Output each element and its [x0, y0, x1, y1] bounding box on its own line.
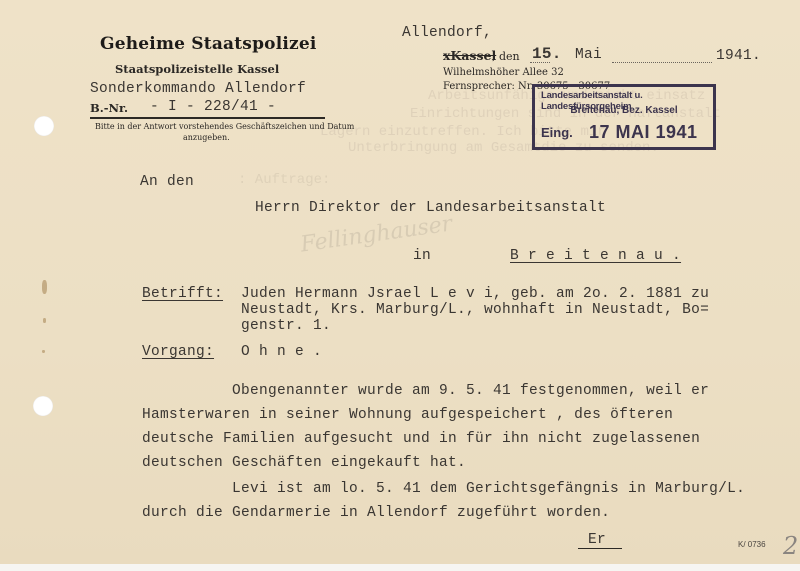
recipient-place: B r e i t e n a u . — [510, 248, 681, 264]
letterhead-rule — [90, 117, 325, 119]
page-number-mark: 2 — [783, 532, 798, 560]
stain-mark — [42, 350, 45, 353]
reference-value: O h n e . — [241, 344, 322, 360]
stamp-received-date: 17 MAI 1941 — [589, 122, 698, 143]
date-month: Mai — [575, 47, 602, 63]
reference-label: B.-Nr. — [90, 101, 128, 115]
signature-rule — [578, 548, 622, 549]
date-day: 15. — [532, 45, 562, 63]
body-line: durch die Gendarmerie in Allendorf zugef… — [142, 505, 610, 521]
body-line: Levi ist am lo. 5. 41 dem Gerichtsgefäng… — [232, 481, 745, 497]
bleed-through-line: : Auftrage: — [238, 172, 330, 188]
stain-mark — [42, 280, 47, 294]
unit-name: Sonderkommando Allendorf — [90, 81, 306, 97]
place-typed: Allendorf, — [402, 25, 492, 41]
date-year: 1941. — [716, 48, 761, 64]
body-line: deutsche Familien aufgesucht und in für … — [142, 431, 700, 447]
punch-hole-top — [34, 116, 54, 136]
stamp-location: Breitenau, Bez. Kassel — [535, 105, 713, 116]
subject-line: genstr. 1. — [241, 318, 331, 334]
office-name: Staatspolizeistelle Kassel — [115, 62, 279, 76]
office-address: Wilhelmshöher Allee 32 — [443, 67, 564, 78]
body-line: Obengenannter wurde am 9. 5. 41 festgeno… — [232, 383, 709, 399]
dotted-fill — [612, 62, 712, 63]
reference-label: Vorgang: — [142, 344, 214, 360]
reference-instruction: Bitte in der Antwort vorstehendes Geschä… — [95, 122, 354, 131]
date-den: , den — [492, 50, 520, 63]
stain-mark — [43, 318, 46, 323]
place-printed-crossed: xKassel — [443, 48, 496, 63]
punch-hole-bottom — [33, 396, 53, 416]
document-page: Arbeitsunfähige und nicht einsatz Einric… — [0, 0, 800, 564]
recipient-in: in — [413, 248, 431, 264]
received-stamp: Landesarbeitsanstalt u. Landesfürsorgehe… — [532, 84, 716, 150]
recipient-salutation: An den — [140, 174, 194, 190]
agency-name: Geheime Staatspolizei — [100, 34, 317, 54]
scan-background — [0, 564, 800, 571]
subject-label: Betrifft: — [142, 286, 223, 302]
body-line: deutschen Geschäften eingekauft hat. — [142, 455, 466, 471]
reference-number: - I - 228/41 - — [150, 99, 276, 115]
subject-line: Neustadt, Krs. Marburg/L., wohnhaft in N… — [241, 302, 709, 318]
body-line: Hamsterwaren in seiner Wohnung aufgespei… — [142, 407, 673, 423]
recipient-title: Herrn Direktor der Landesarbeitsanstalt — [255, 200, 606, 216]
signature-initials: Er — [588, 532, 606, 548]
subject-line: Juden Hermann Jsrael L e v i, geb. am 2o… — [241, 286, 709, 302]
reference-instruction-2: anzugeben. — [183, 133, 230, 142]
stamp-eing-label: Eing. — [541, 125, 573, 140]
archive-number: K/ 0736 — [738, 540, 766, 549]
